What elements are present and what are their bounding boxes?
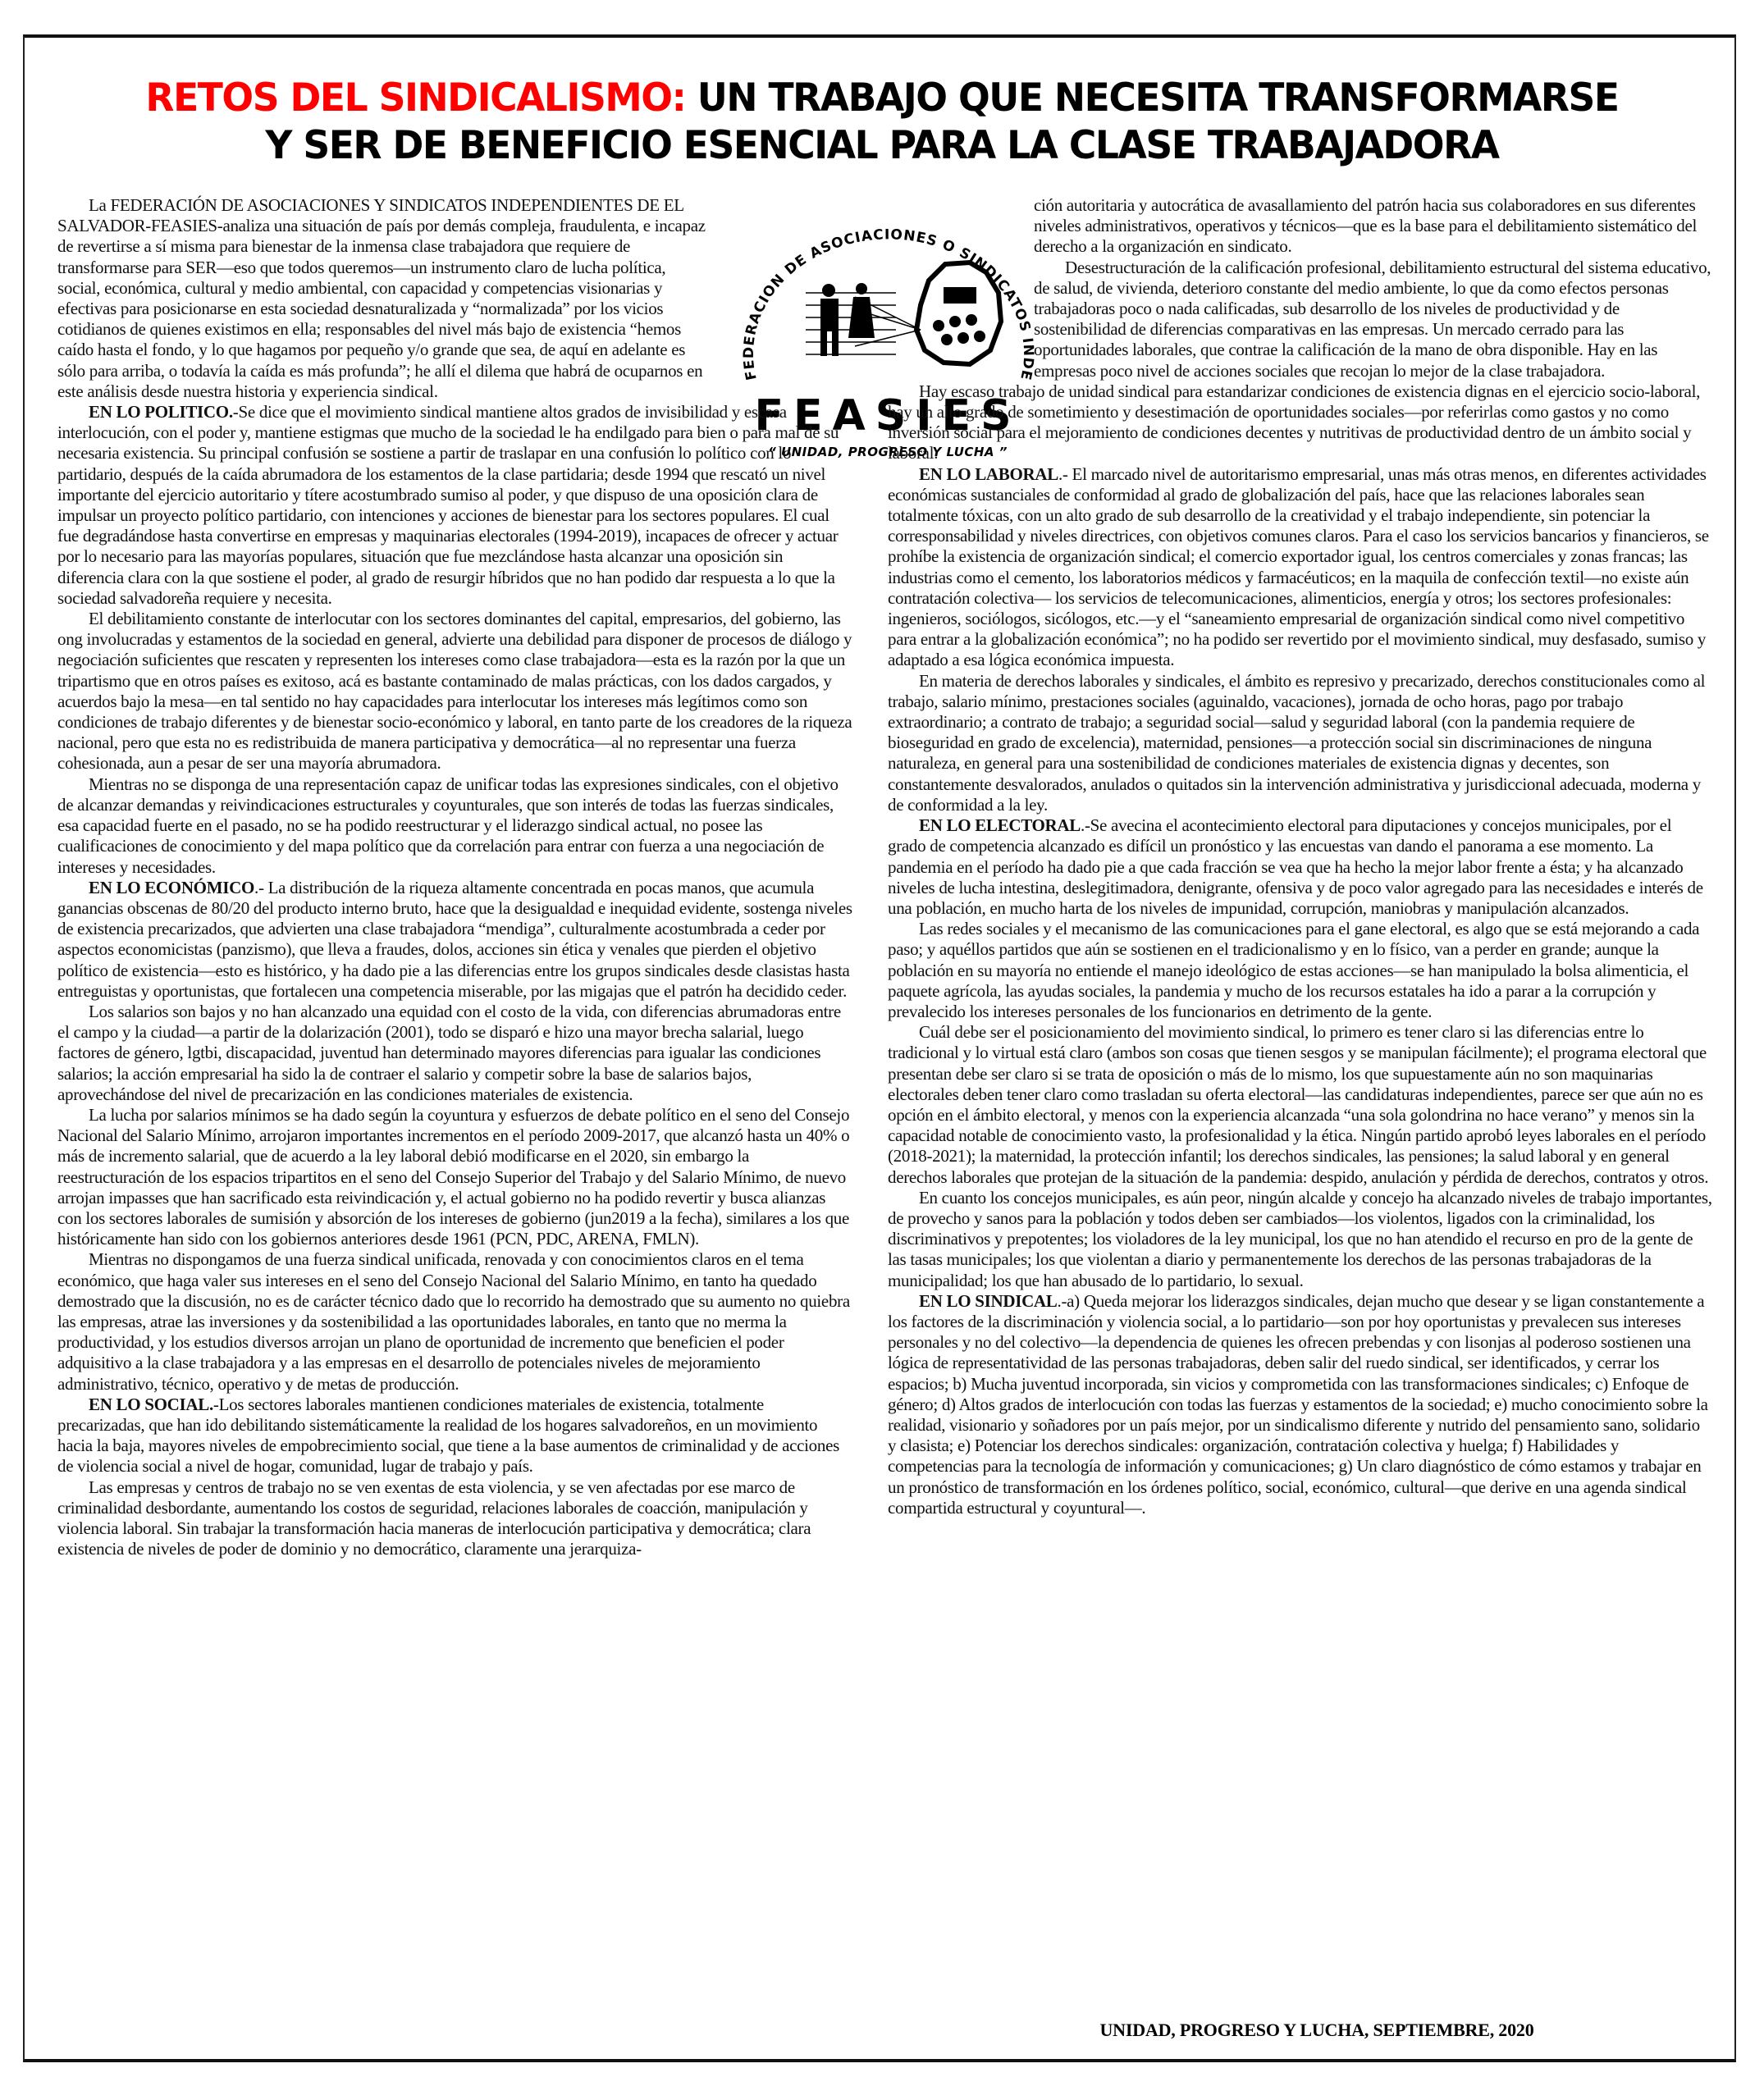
escaso-paragraph: Hay escaso trabajo de unidad sindical pa… [888, 381, 1712, 464]
empresas-paragraph: Las empresas y centros de trabajo no se … [57, 1477, 853, 1560]
concejos-paragraph: En cuanto los concejos municipales, es a… [888, 1188, 1712, 1291]
laboral-paragraph: EN LO LABORAL.- El marcado nivel de auto… [888, 464, 1712, 671]
mientras-paragraph: Mientras no se disponga de una represent… [57, 774, 853, 878]
right-column-top-wrap: ción autoritaria y autocrática de avasal… [1034, 195, 1712, 381]
headline-red-part: RETOS DEL SINDICALISMO: [145, 75, 685, 121]
cual-paragraph: Cuál debe ser el posicionamiento del mov… [888, 1022, 1712, 1188]
social-heading: EN LO SOCIAL. [89, 1395, 213, 1414]
politico-paragraph: EN LO POLITICO.-Se dice que el movimient… [57, 402, 853, 609]
derechos-paragraph: En materia de derechos laborales y sindi… [888, 671, 1712, 815]
salarios-paragraph: Los salarios son bajos y no han alcanzad… [57, 1002, 853, 1105]
sindical-paragraph: EN LO SINDICAL.-a) Queda mejorar los lid… [888, 1291, 1712, 1518]
politico-heading: EN LO POLITICO. [89, 402, 233, 422]
electoral-paragraph: EN LO ELECTORAL.-Se avecina el acontecim… [888, 815, 1712, 919]
intro-paragraph: La FEDERACIÓN DE ASOCIACIONES Y SINDICAT… [57, 195, 706, 402]
debilitamiento-paragraph: El debilitamiento constante de interlocu… [57, 609, 853, 774]
desestructuracion-paragraph: Desestructuración de la calificación pro… [1034, 258, 1712, 381]
social-paragraph: EN LO SOCIAL.-Los sectores laborales man… [57, 1395, 853, 1477]
headline-black-part: UN TRABAJO QUE NECESITA TRANSFORMARSE [685, 75, 1618, 121]
lucha-paragraph: La lucha por salarios mínimos se ha dado… [57, 1105, 853, 1249]
right-column: ción autoritaria y autocrática de avasal… [888, 195, 1712, 1518]
economico-heading: EN LO ECONÓMICO [89, 878, 254, 897]
signature-line: UNIDAD, PROGRESO Y LUCHA, SEPTIEMBRE, 20… [903, 2020, 1731, 2041]
headline: RETOS DEL SINDICALISMO: UN TRABAJO QUE N… [26, 75, 1738, 170]
redes-paragraph: Las redes sociales y el mecanismo de las… [888, 919, 1712, 1022]
economico-paragraph: EN LO ECONÓMICO.- La distribución de la … [57, 878, 853, 1002]
continuation-paragraph: ción autoritaria y autocrática de avasal… [1034, 195, 1712, 258]
mientras-2-paragraph: Mientras no dispongamos de una fuerza si… [57, 1249, 853, 1394]
electoral-heading: EN LO ELECTORAL [919, 815, 1081, 835]
headline-line-2: Y SER DE BENEFICIO ESENCIAL PARA LA CLAS… [265, 123, 1498, 168]
laboral-heading: EN LO LABORAL [919, 464, 1058, 484]
sindical-heading: EN LO SINDICAL [919, 1291, 1058, 1311]
left-column: La FEDERACIÓN DE ASOCIACIONES Y SINDICAT… [57, 195, 853, 1559]
